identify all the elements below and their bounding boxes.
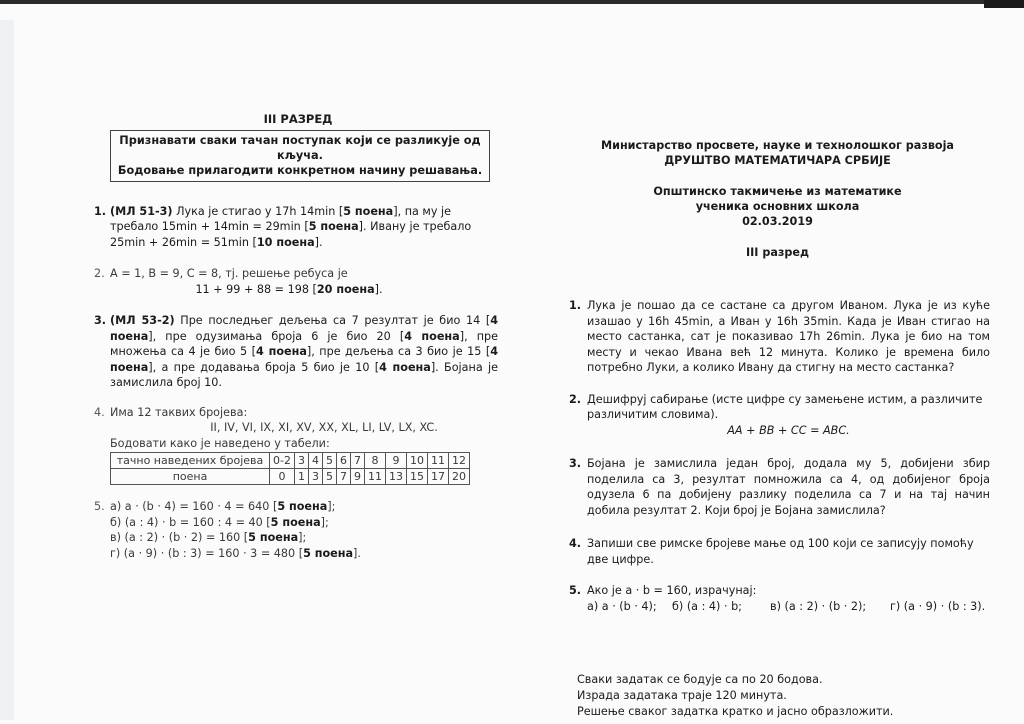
solution-text: ]. [353, 547, 361, 560]
solution-3: 3. (МЛ 53-2) Пре последњег дељења са 7 р… [88, 313, 498, 391]
solution-line: в) (a : 2) · (b · 2) = 160 [5 поена]; [110, 530, 498, 546]
task-text: Бојана је замислила један број, додала м… [587, 457, 990, 517]
table-cell: 15 [406, 469, 427, 485]
task-option: в) (a : 2) · (b · 2); [770, 599, 890, 615]
exam-grade: III разред [565, 245, 990, 260]
exam-page: Министарство просвете, науке и технолошк… [565, 138, 990, 614]
table-cell: 7 [336, 469, 350, 485]
solution-reference: (МЛ 53-2) [110, 314, 175, 327]
task-2: 2. Дешифруј сабирање (исте цифре су заме… [565, 392, 990, 439]
task-3: 3. Бојана је замислила један број, додал… [565, 456, 990, 518]
points: 5 поена [248, 531, 298, 544]
ministry-name: Министарство просвете, науке и технолошк… [565, 138, 990, 153]
points: 4 поена [256, 345, 307, 358]
table-cell: 17 [427, 469, 448, 485]
solution-equation: 11 + 99 + 88 = 198 [ [195, 283, 316, 296]
solution-line: г) (a · 9) · (b : 3) = 160 · 3 = 480 [5 … [110, 546, 498, 562]
table-cell: 10 [406, 453, 427, 469]
table-cell: 5 [322, 469, 336, 485]
solution-text: г) (a · 9) · (b : 3) = 160 · 3 = 480 [ [110, 547, 303, 560]
solution-2: 2. A = 1, B = 9, C = 8, тј. решење ребус… [88, 266, 498, 297]
competition-subtitle: ученика основних школа [565, 199, 990, 214]
solution-text: ]; [327, 500, 335, 513]
solution-text: ]. [375, 283, 383, 296]
task-number: 4. [569, 536, 581, 552]
solution-line: б) (a : 4) · b = 160 : 4 = 40 [5 поена]; [110, 515, 498, 531]
solution-1: 1. (МЛ 51-3) Лука је стигао у 17h 14min … [88, 204, 498, 251]
table-cell: 6 [336, 453, 350, 469]
solution-text: ], а пре додавања броја 5 био је 10 [ [148, 361, 379, 374]
scan-border-corner [984, 0, 1024, 8]
table-cell: 13 [385, 469, 406, 485]
table-cell: 4 [308, 453, 322, 469]
points: 5 поена [303, 547, 353, 560]
table-row: тачно наведених бројева0-23456789101112 [111, 453, 470, 469]
table-cell: 3 [294, 453, 308, 469]
task-number: 1. [569, 298, 581, 314]
competition-title: Општинско такмичење из математике [565, 184, 990, 199]
solution-number: 5. [94, 499, 105, 515]
grading-notice-box: Признавати сваки тачан поступак који се … [110, 130, 490, 182]
task-text: Ако је a · b = 160, израчунај: [587, 583, 990, 599]
table-row: поена0135791113151720 [111, 469, 470, 485]
task-5: 5. Ако је a · b = 160, израчунај: а) a ·… [565, 583, 990, 614]
table-cell: 11 [427, 453, 448, 469]
table-cell: 7 [350, 453, 364, 469]
solution-number: 3. [94, 313, 106, 329]
task-text: Дешифруј сабирање (исте цифре су замењен… [587, 392, 990, 423]
table-cell: 1 [294, 469, 308, 485]
answer-key-page: III РАЗРЕД Признавати сваки тачан поступ… [88, 112, 498, 561]
table-cell: 12 [448, 453, 469, 469]
task-1: 1. Лука је пошао да се састане са другом… [565, 298, 990, 376]
points: 4 поена [379, 361, 431, 374]
solution-text: ]; [298, 531, 306, 544]
solution-text: ]. [315, 236, 323, 249]
task-number: 3. [569, 456, 581, 472]
answer-key-grade-heading: III РАЗРЕД [98, 112, 498, 128]
task-option: а) a · (b · 4); [587, 599, 672, 615]
task-text: Запиши све римске бројеве мање од 100 ко… [587, 536, 990, 567]
solution-text: ], пре одузимања броја 6 је био 20 [ [148, 330, 404, 343]
task-option: г) (a · 9) · (b : 3). [890, 599, 985, 615]
task-number: 2. [569, 392, 581, 408]
table-cell: 9 [385, 453, 406, 469]
task-4: 4. Запиши све римске бројеве мање од 100… [565, 536, 990, 567]
table-cell: 11 [364, 469, 385, 485]
table-cell: 8 [364, 453, 385, 469]
solution-number: 4. [94, 405, 105, 421]
table-cell: 0 [270, 469, 295, 485]
table-cell: 5 [322, 453, 336, 469]
table-intro: Бодовати како је наведено у табели: [110, 436, 498, 452]
table-row-label: поена [111, 469, 270, 485]
notice-line: Признавати сваки тачан поступак који се … [115, 133, 485, 163]
table-row-label: тачно наведених бројева [111, 453, 270, 469]
scan-edge-left [0, 20, 14, 720]
exam-date: 02.03.2019 [565, 214, 990, 229]
task-options: а) a · (b · 4); б) (a : 4) · b; в) (a : … [587, 599, 990, 615]
footer-line: Сваки задатак се бодује са по 20 бодова. [577, 672, 893, 688]
solution-reference: (МЛ 51-3) [110, 205, 173, 218]
footer-line: Израда задатака траје 120 минута. [577, 688, 893, 704]
solution-text: б) (a : 4) · b = 160 : 4 = 40 [ [110, 516, 271, 529]
table-cell: 20 [448, 469, 469, 485]
solution-text: а) a · (b · 4) = 160 · 4 = 640 [ [110, 500, 277, 513]
points: 5 поена [277, 500, 327, 513]
solution-text: ]; [321, 516, 329, 529]
solution-4: 4. Има 12 таквих бројева: II, IV, VI, IX… [88, 405, 498, 486]
solution-text: Лука је стигао у 17h 14min [ [176, 205, 343, 218]
scan-border-top [0, 0, 1024, 4]
roman-numerals-list: II, IV, VI, IX, XI, XV, XX, XL, LI, LV, … [110, 420, 498, 436]
points: 5 поена [343, 205, 393, 218]
points: 5 поена [309, 220, 359, 233]
solution-number: 2. [94, 266, 105, 282]
table-cell: 3 [308, 469, 322, 485]
society-name: ДРУШТВО МАТЕМАТИЧАРА СРБИЈЕ [565, 153, 990, 168]
solution-text: Има 12 таквих бројева: [110, 405, 498, 421]
points: 20 поена [317, 283, 375, 296]
solution-number: 1. [94, 204, 106, 220]
footer-line: Решење сваког задатка кратко и јасно обр… [577, 704, 893, 720]
points: 4 поена [404, 330, 459, 343]
task-text: Лука је пошао да се састане са другом Ив… [587, 299, 990, 374]
task-option: б) (a : 4) · b; [672, 599, 770, 615]
points: 10 поена [257, 236, 315, 249]
solution-text: A = 1, B = 9, C = 8, тј. решење ребуса ј… [110, 266, 498, 282]
solution-text: ], пре дељења са 3 био је 15 [ [307, 345, 490, 358]
solution-text: Пре последњег дељења са 7 резултат је би… [180, 314, 490, 327]
table-cell: 9 [350, 469, 364, 485]
scoring-table: тачно наведених бројева0-23456789101112 … [110, 452, 470, 485]
task-number: 5. [569, 583, 581, 599]
solution-line: а) a · (b · 4) = 160 · 4 = 640 [5 поена]… [110, 499, 498, 515]
points: 5 поена [271, 516, 321, 529]
table-cell: 0-2 [270, 453, 295, 469]
solution-text: в) (a : 2) · (b · 2) = 160 [ [110, 531, 248, 544]
exam-footer: Сваки задатак се бодује са по 20 бодова.… [577, 672, 893, 720]
notice-line: Бодовање прилагодити конкретном начину р… [115, 163, 485, 178]
task-formula: AA + BB + CC = ABC. [587, 423, 990, 439]
solution-5: 5. а) a · (b · 4) = 160 · 4 = 640 [5 пое… [88, 499, 498, 561]
